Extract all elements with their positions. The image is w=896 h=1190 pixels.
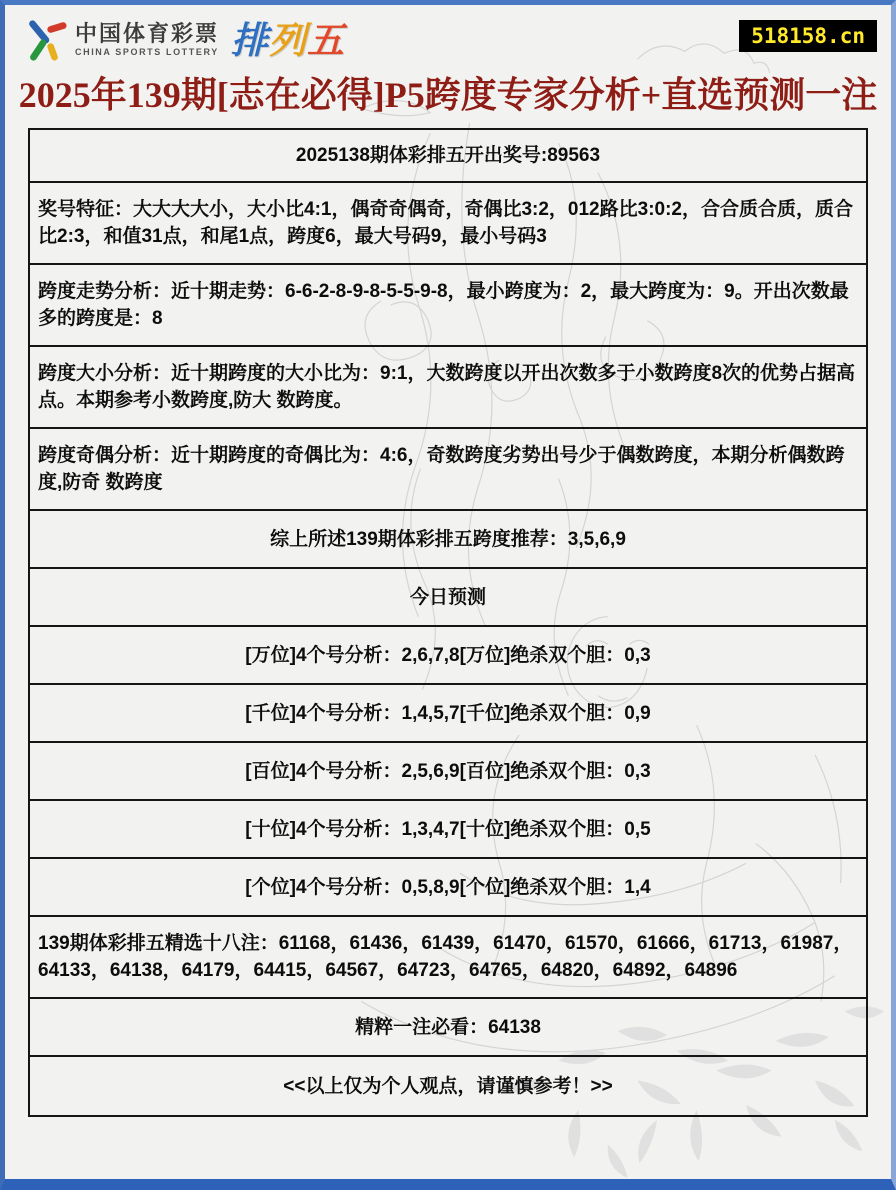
table-row: 综上所述139期体彩排五跨度推荐：3,5,6,9 — [30, 511, 866, 569]
table-row-text: 今日预测 — [410, 584, 486, 611]
logo-en-title: CHINA SPORTS LOTTERY — [75, 48, 219, 57]
analysis-table: 2025138期体彩排五开出奖号:89563 奖号特征：大大大大小，大小比4:1… — [28, 128, 868, 1117]
table-row: [百位]4个号分析：2,5,6,9[百位]绝杀双个胆：0,3 — [30, 743, 866, 801]
logo-cn-title: 中国体育彩票 — [75, 23, 219, 45]
table-row: 今日预测 — [30, 569, 866, 627]
brand-char: 五 — [307, 22, 345, 59]
pailiewu-brand-logo: 排 列 五 — [231, 22, 345, 59]
table-row-text: 139期体彩排五精选十八注：61168，61436，61439，61470，61… — [38, 930, 858, 984]
table-row-text: 奖号特征：大大大大小，大小比4:1，偶奇奇偶奇，奇偶比3:2，012路比3:0:… — [38, 196, 858, 250]
table-row-text: [十位]4个号分析：1,3,4,7[十位]绝杀双个胆：0,5 — [245, 816, 650, 843]
table-row: 跨度奇偶分析：近十期跨度的奇偶比为：4:6，奇数跨度劣势出号少于偶数跨度，本期分… — [30, 429, 866, 511]
table-row-text: <<以上仅为个人观点，请谨慎参考！>> — [283, 1073, 612, 1100]
table-row: [个位]4个号分析：0,5,8,9[个位]绝杀双个胆：1,4 — [30, 859, 866, 917]
table-row: 跨度走势分析：近十期走势：6-6-2-8-9-8-5-5-9-8，最小跨度为：2… — [30, 265, 866, 347]
table-row-text: 跨度奇偶分析：近十期跨度的奇偶比为：4:6，奇数跨度劣势出号少于偶数跨度，本期分… — [38, 442, 858, 496]
table-row-text: 综上所述139期体彩排五跨度推荐：3,5,6,9 — [270, 526, 626, 553]
table-row: <<以上仅为个人观点，请谨慎参考！>> — [30, 1057, 866, 1115]
table-row-text: 精粹一注必看：64138 — [355, 1014, 541, 1041]
table-row-text: [千位]4个号分析：1,4,5,7[千位]绝杀双个胆：0,9 — [245, 700, 650, 727]
site-url-badge[interactable]: 518158.cn — [739, 20, 877, 52]
header: 中国体育彩票 CHINA SPORTS LOTTERY 排 列 五 518158… — [5, 5, 891, 69]
sports-lottery-figure-icon — [21, 17, 67, 63]
table-row: [千位]4个号分析：1,4,5,7[千位]绝杀双个胆：0,9 — [30, 685, 866, 743]
table-row-text: [万位]4个号分析：2,6,7,8[万位]绝杀双个胆：0,3 — [245, 642, 650, 669]
table-row: 跨度大小分析：近十期跨度的大小比为：9:1，大数跨度以开出次数多于小数跨度8次的… — [30, 347, 866, 429]
brand-char: 排 — [231, 22, 269, 59]
table-row: 奖号特征：大大大大小，大小比4:1，偶奇奇偶奇，奇偶比3:2，012路比3:0:… — [30, 183, 866, 265]
table-row: 2025138期体彩排五开出奖号:89563 — [30, 130, 866, 183]
china-sports-lottery-logo: 中国体育彩票 CHINA SPORTS LOTTERY 排 列 五 — [21, 17, 345, 63]
table-row-text: [个位]4个号分析：0,5,8,9[个位]绝杀双个胆：1,4 — [245, 874, 650, 901]
table-row-text: 跨度走势分析：近十期走势：6-6-2-8-9-8-5-5-9-8，最小跨度为：2… — [38, 278, 858, 332]
table-row-text: [百位]4个号分析：2,5,6,9[百位]绝杀双个胆：0,3 — [245, 758, 650, 785]
page-title: 2025年139期[志在必得]P5跨度专家分析+直选预测一注 — [11, 75, 885, 116]
page: 中国体育彩票 CHINA SPORTS LOTTERY 排 列 五 518158… — [0, 0, 896, 1190]
table-row: [十位]4个号分析：1,3,4,7[十位]绝杀双个胆：0,5 — [30, 801, 866, 859]
table-row: [万位]4个号分析：2,6,7,8[万位]绝杀双个胆：0,3 — [30, 627, 866, 685]
table-row-text: 跨度大小分析：近十期跨度的大小比为：9:1，大数跨度以开出次数多于小数跨度8次的… — [38, 360, 858, 414]
table-row: 139期体彩排五精选十八注：61168，61436，61439，61470，61… — [30, 917, 866, 999]
table-row: 精粹一注必看：64138 — [30, 999, 866, 1057]
table-row-text: 2025138期体彩排五开出奖号:89563 — [296, 142, 600, 169]
logo-text-block: 中国体育彩票 CHINA SPORTS LOTTERY — [75, 23, 219, 57]
brand-char: 列 — [269, 22, 307, 59]
